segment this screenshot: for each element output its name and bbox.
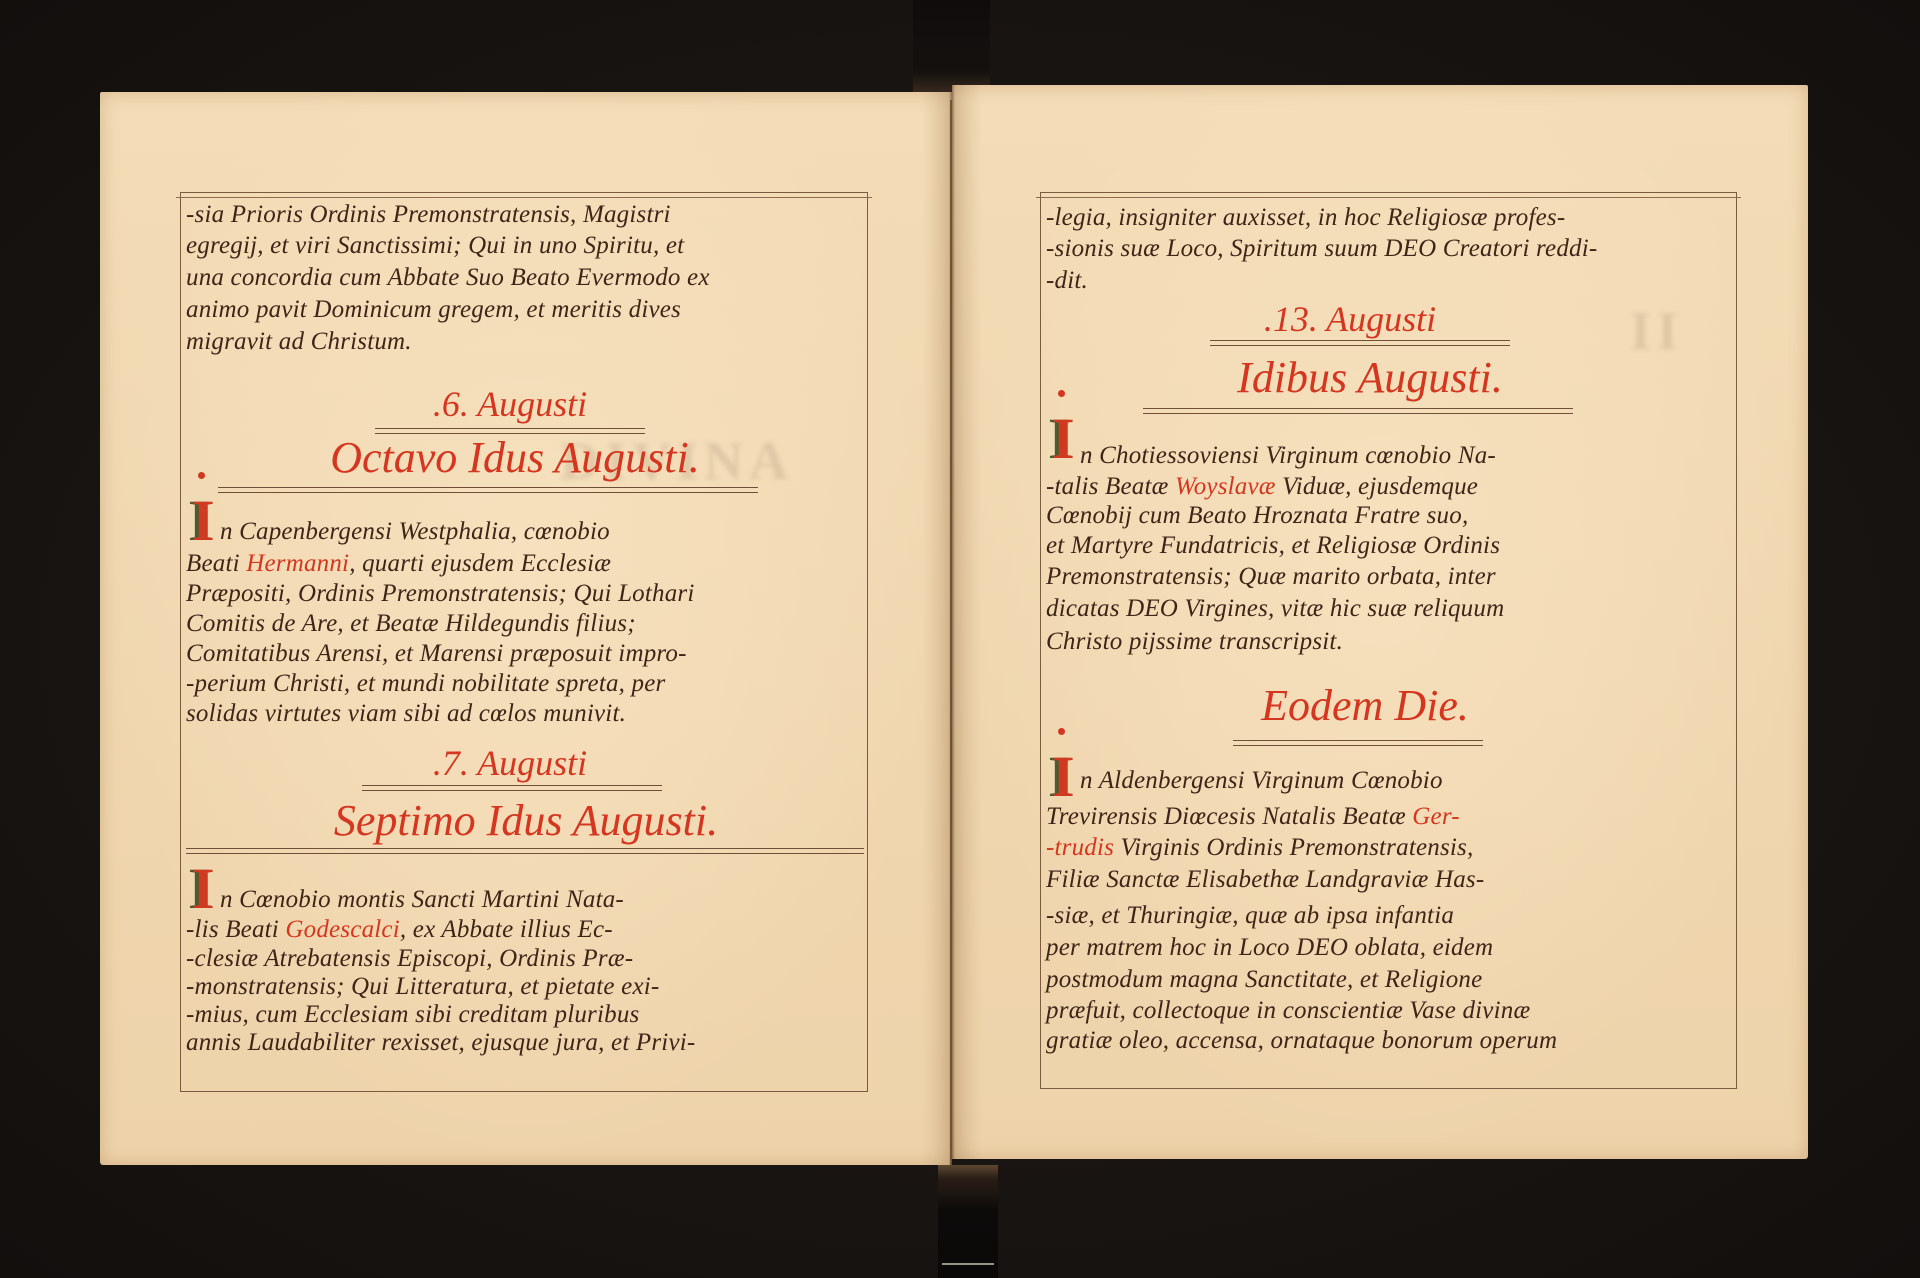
body-line: n Capenbergensi Westphalia, cœnobio [220,518,610,546]
decorated-initial: I [1052,410,1075,468]
body-line: dicatas DEO Virgines, vitæ hic suæ reliq… [1046,595,1504,623]
decorated-initial: I [1052,748,1075,806]
body-line: -monstratensis; Qui Litteratura, et piet… [186,973,659,1001]
body-line: n Cœnobio montis Sancti Martini Nata- [220,886,624,914]
body-line: Comitis de Are, et Beatæ Hildegundis fil… [186,610,636,638]
body-line: gratiæ oleo, accensa, ornataque bonorum … [1046,1027,1557,1055]
day-heading: Octavo Idus Augusti. [220,432,810,483]
spine-glint [942,1263,994,1265]
continuation-line: -sionis suæ Loco, Spiritum suum DEO Crea… [1046,235,1597,263]
saint-name: Ger- [1412,803,1460,830]
body-line: -lis Beati Godescalci, ex Abbate illius … [186,916,613,944]
body-line: -talis Beatæ Woyslavæ Viduæ, ejusdemque [1046,473,1478,501]
day-heading: Eodem Die. [1200,680,1530,731]
continuation-line: -dit. [1046,267,1088,295]
body-line: Premonstratensis; Quæ marito orbata, int… [1046,563,1496,591]
gutter-crease [950,100,952,1165]
body-line: -siæ, et Thuringiæ, quæ ab ipsa infantia [1046,902,1454,930]
saint-name: Godescalci [285,916,399,943]
heading-rule [218,487,758,493]
body-line: Christo pijssime transcripsit. [1046,628,1343,656]
book-spine-bottom [938,1165,998,1278]
heading-rule [1210,340,1510,346]
heading-rule [1143,408,1573,414]
initial-dot [1058,728,1065,735]
decorated-initial: I [192,492,215,550]
saint-name: Woyslavæ [1175,473,1276,500]
initial-dot [198,472,205,479]
continuation-line: animo pavit Dominicum gregem, et meritis… [186,296,681,324]
body-line: Filiæ Sanctæ Elisabethæ Landgraviæ Has- [1046,866,1484,894]
body-line: solidas virtutes viam sibi ad cœlos muni… [186,700,626,728]
body-line: præfuit, collectoque in conscientiæ Vase… [1046,997,1530,1025]
body-line: Præpositi, Ordinis Premonstratensis; Qui… [186,580,695,608]
body-line: Trevirensis Diœcesis Natalis Beatæ Ger- [1046,803,1460,831]
body-line: Beati Hermanni, quarti ejusdem Ecclesiæ [186,550,611,578]
day-heading: Idibus Augusti. [1130,352,1610,403]
continuation-line: egregij, et viri Sanctissimi; Qui in uno… [186,232,684,260]
body-line: n Aldenbergensi Virginum Cœnobio [1080,767,1443,795]
saint-name: Hermanni [246,550,349,577]
date-heading: .7. Augusti [360,742,660,784]
continuation-line: una concordia cum Abbate Suo Beato Everm… [186,264,710,292]
heading-rule [1233,740,1483,746]
date-heading: .13. Augusti [1200,298,1500,340]
day-heading: Septimo Idus Augusti. [186,795,866,846]
continuation-line: -sia Prioris Ordinis Premonstratensis, M… [186,201,671,229]
body-line: -trudis Virginis Ordinis Premonstratensi… [1046,834,1473,862]
heading-rule [362,785,662,791]
body-line: postmodum magna Sanctitate, et Religione [1046,966,1482,994]
continuation-line: migravit ad Christum. [186,328,412,356]
continuation-line: -legia, insigniter auxisset, in hoc Reli… [1046,204,1565,232]
initial-dot [1058,390,1065,397]
body-line: -clesiæ Atrebatensis Episcopi, Ordinis P… [186,945,633,973]
body-line: et Martyre Fundatricis, et Religiosæ Ord… [1046,532,1500,560]
body-line: Cœnobij cum Beato Hroznata Fratre suo, [1046,502,1468,530]
body-line: per matrem hoc in Loco DEO oblata, eidem [1046,934,1493,962]
body-line: -perium Christi, et mundi nobilitate spr… [186,670,666,698]
heading-rule [186,848,864,854]
body-line: -mius, cum Ecclesiam sibi creditam pluri… [186,1001,639,1029]
date-heading: .6. Augusti [380,383,640,425]
saint-name: -trudis [1046,834,1114,861]
body-line: annis Laudabiliter rexisset, ejusque jur… [186,1029,695,1057]
body-line: n Chotiessoviensi Virginum cœnobio Na- [1080,442,1496,470]
decorated-initial: I [192,860,215,918]
body-line: Comitatibus Arensi, et Marensi præposuit… [186,640,687,668]
